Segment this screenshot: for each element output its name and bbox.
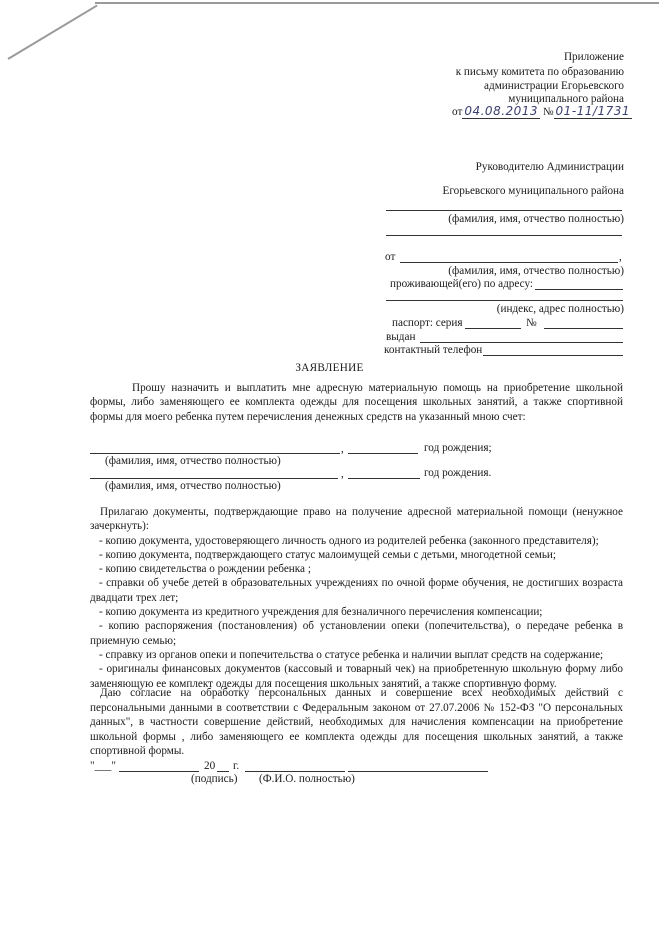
passport-number-label: №: [526, 317, 537, 329]
issued-label: выдан: [386, 331, 415, 343]
comma: ,: [619, 251, 622, 263]
address-field-2[interactable]: [386, 300, 623, 301]
child-1-birth-label: год рождения;: [424, 442, 492, 454]
signature-fio-caption: (Ф.И.О. полностью): [259, 773, 355, 785]
attachment-item: - копию распоряжения (постановления) об …: [90, 619, 623, 648]
addressee-line-1: Руководителю Администрации: [476, 161, 624, 173]
letter-date-number: от04.08.2013 №01-11/1731: [452, 104, 632, 119]
applicant-fio-field[interactable]: [400, 262, 618, 263]
attachment-item: - справку из органов опеки и попечительс…: [90, 648, 623, 662]
signature-year-prefix: 20: [204, 760, 215, 772]
signature-date-open[interactable]: "___": [90, 760, 116, 772]
attachment-item: - справки об учебе детей в образовательн…: [90, 576, 623, 605]
attachments-intro: Прилагаю документы, подтверждающие право…: [90, 505, 623, 534]
page-fold-corner: [7, 5, 97, 60]
consent-text: Даю согласие на обработку персональных д…: [90, 686, 623, 759]
document-title: ЗАЯВЛЕНИЕ: [0, 362, 659, 374]
issued-field[interactable]: [420, 342, 623, 343]
child-1-fio-caption: (фамилия, имя, отчество полностью): [105, 455, 281, 467]
signature-caption: (подпись): [191, 773, 237, 785]
page-fold-edge: [95, 2, 659, 4]
address-field[interactable]: [535, 289, 623, 290]
signature-year-suffix: г.: [233, 760, 239, 772]
letter-date: 04.08.2013: [462, 104, 540, 119]
attachment-item: - копию документа, удостоверяющего лично…: [90, 534, 623, 548]
signature-field[interactable]: [245, 771, 345, 772]
phone-label: контактный телефон: [384, 344, 482, 356]
from-label: от: [385, 251, 395, 263]
signature-year-field[interactable]: [217, 771, 229, 772]
attachment-item: - копию документа, подтверждающего стату…: [90, 548, 623, 562]
passport-number-field[interactable]: [544, 328, 623, 329]
addressee-fio-field[interactable]: [386, 210, 622, 211]
child-2-birth-label: год рождения.: [424, 467, 491, 479]
child-1-birth-field[interactable]: [348, 453, 418, 454]
child-2-birth-field[interactable]: [348, 478, 420, 479]
signature-month-field[interactable]: [119, 771, 199, 772]
signature-fio-field[interactable]: [348, 771, 488, 772]
applicant-fio-caption: (фамилия, имя, отчество полностью): [448, 265, 624, 277]
attachment-line: Приложение: [564, 51, 624, 63]
child-1-fio-field[interactable]: [90, 453, 340, 454]
passport-series-label: паспорт: серия: [392, 317, 463, 329]
addressee-fio-field-2[interactable]: [386, 235, 622, 236]
passport-series-field[interactable]: [465, 328, 521, 329]
attachment-item: - копию свидетельства о рождении ребенка…: [90, 562, 623, 576]
letter-number: 01-11/1731: [554, 104, 632, 119]
child-2-fio-caption: (фамилия, имя, отчество полностью): [105, 480, 281, 492]
addressee-line-2: Егорьевского муниципального района: [443, 185, 624, 197]
attachments-section: Прилагаю документы, подтверждающие право…: [90, 505, 623, 691]
attachment-line: администрации Егорьевского: [484, 80, 624, 92]
date-prefix: от: [452, 106, 462, 118]
number-prefix: №: [543, 106, 554, 118]
attachment-line: к письму комитета по образованию: [456, 66, 624, 78]
addressee-fio-caption: (фамилия, имя, отчество полностью): [448, 213, 624, 225]
request-text: Прошу назначить и выплатить мне адресную…: [90, 381, 623, 424]
consent-section: Даю согласие на обработку персональных д…: [90, 686, 623, 759]
comma: ,: [341, 443, 344, 455]
child-2-fio-field[interactable]: [90, 478, 338, 479]
request-paragraph: Прошу назначить и выплатить мне адресную…: [90, 381, 623, 424]
comma: ,: [341, 468, 344, 480]
attachment-item: - копию документа из кредитного учрежден…: [90, 605, 623, 619]
address-label: проживающей(его) по адресу:: [390, 278, 533, 290]
phone-field[interactable]: [483, 355, 623, 356]
address-caption: (индекс, адрес полностью): [497, 303, 624, 315]
